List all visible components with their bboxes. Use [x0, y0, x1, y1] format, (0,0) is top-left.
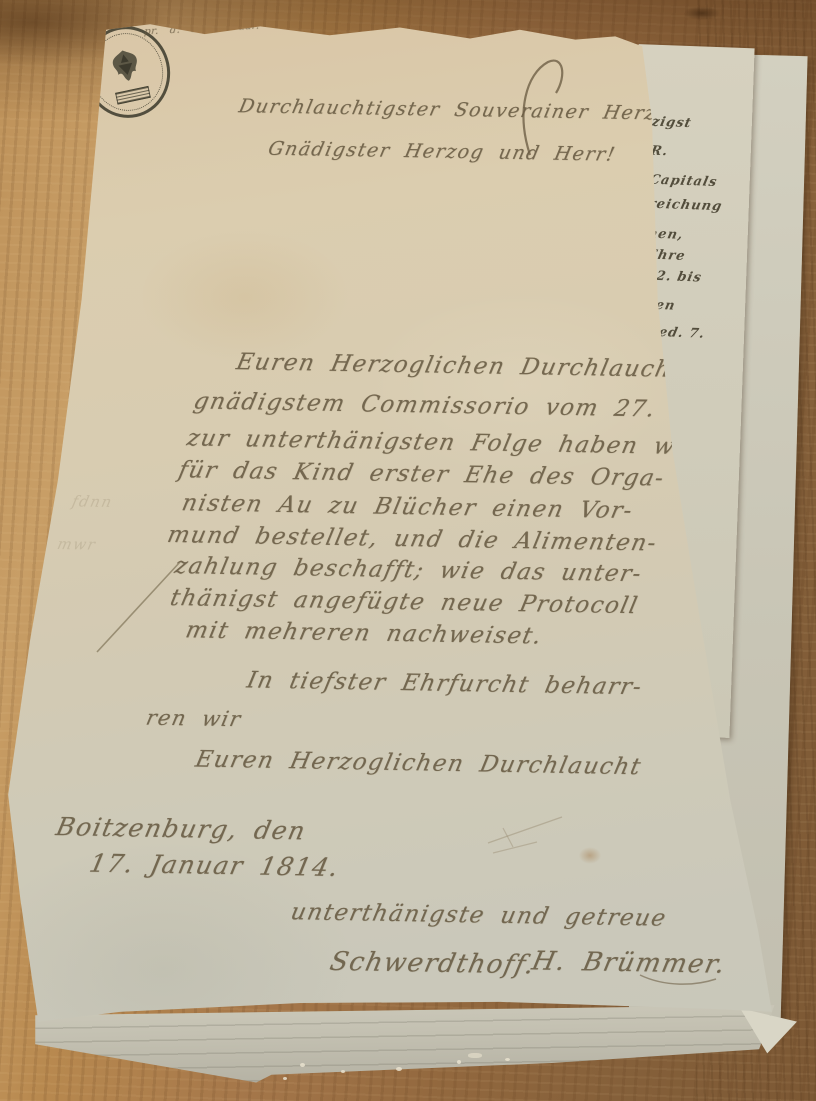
- valediction: unterthänigste und getreue: [288, 899, 669, 931]
- sheet2-text-fragment: Capitals: [648, 173, 719, 190]
- show-through-mark: fdnn: [70, 492, 114, 511]
- sheet2-text-fragment: zigst: [650, 115, 693, 131]
- salutation-line: Durchlauchtigster Souverainer Herzog,: [237, 95, 693, 125]
- body-line: thänigst angefügte neue Protocoll: [168, 585, 641, 619]
- place-date-line: Boitzenburg, den: [54, 812, 309, 845]
- crumb-speck: [341, 1070, 345, 1073]
- crumb-speck: [300, 1063, 305, 1067]
- crumb-speck: [396, 1067, 402, 1071]
- crumb-speck: [283, 1077, 287, 1080]
- crumb-speck: [457, 1060, 461, 1064]
- signature: Schwerdthoff.: [327, 947, 538, 980]
- body-line: für das Kind erster Ehe des Orga-: [176, 457, 667, 491]
- crumb-speck: [468, 1053, 482, 1058]
- body-line: nisten Au zu Blücher einen Vor-: [180, 490, 636, 524]
- body-line: mit mehreren nachweiset.: [183, 617, 545, 649]
- photo-of-letter: zigst R. Capitals reichung nen, Ehre 22.…: [0, 0, 816, 1101]
- show-through-mark: mwr: [56, 535, 99, 554]
- body-line: zur unterthänigsten Folge haben wir: [185, 425, 700, 460]
- body-line: mund bestellet, und die Alimenten-: [165, 522, 660, 556]
- crumb-speck: [505, 1058, 510, 1061]
- salutation-line: Gnädigster Herzog und Herr!: [266, 138, 618, 166]
- sheet2-text-fragment: reichung: [647, 197, 724, 215]
- closing-line: In tiefster Ehrfurcht beharr-: [244, 667, 645, 700]
- closing-line: Euren Herzoglichen Durchlaucht: [193, 747, 644, 781]
- place-date-line: 17. Januar 1814.: [87, 849, 342, 882]
- closing-line: ren wir: [144, 706, 244, 732]
- body-line: zahlung beschafft; wie das unter-: [172, 553, 644, 587]
- signature: H. Brümmer.: [529, 946, 729, 979]
- body-line: gnädigstem Commissorio vom 27. v. M.: [191, 388, 744, 423]
- body-line: Euren Herzoglichen Durchlaucht: [234, 349, 685, 383]
